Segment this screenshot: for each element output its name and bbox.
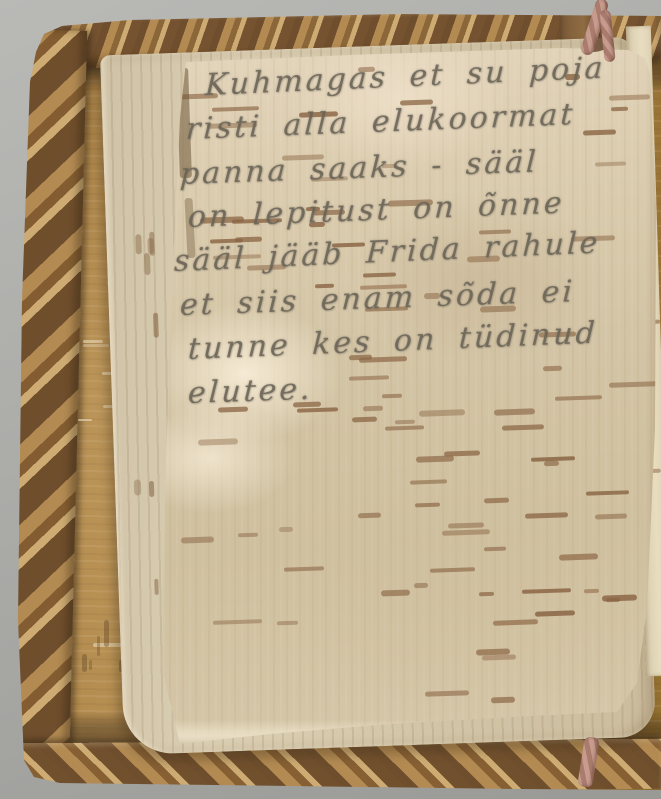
- binding-cord: [580, 2, 628, 66]
- handwriting-line: et siis enam sõda ei: [179, 274, 576, 323]
- bark-dash: [78, 419, 91, 422]
- handwriting-line: tunne kes on tüdinud: [187, 315, 598, 367]
- bark-dash: [83, 344, 108, 347]
- bark-dash: [144, 253, 150, 275]
- bark-dash: [148, 238, 154, 254]
- bark-dash: [153, 312, 158, 338]
- handwriting-line: on lepitust on õnne: [187, 185, 565, 235]
- handwriting-line: risti alla elukoormat: [185, 97, 576, 147]
- bark-dash: [134, 479, 141, 495]
- birch-bark-page: Kuhmagas et su pojaristi alla elukoormat…: [150, 28, 661, 750]
- handwriting-line: panna saaks - sääl: [179, 144, 539, 192]
- bark-dash: [149, 231, 154, 256]
- bark-dash: [83, 340, 103, 343]
- bark-dash: [89, 660, 93, 670]
- bark-dash: [82, 654, 87, 671]
- photo-birch-bark-notebook: Birch bark notebook with laced bark cove…: [0, 0, 661, 799]
- bark-dash: [104, 620, 109, 647]
- bark-dash: [149, 481, 155, 497]
- bark-dash: [154, 579, 159, 595]
- bark-dash: [136, 234, 143, 255]
- laced-edge-left: [3, 29, 87, 778]
- handwriting-line: elutee.: [187, 372, 314, 411]
- handwriting-text: Kuhmagas et su pojaristi alla elukoormat…: [150, 28, 661, 750]
- cord-strand: [599, 10, 615, 63]
- handwriting-line: sääl jääb Frida rahule: [173, 225, 601, 279]
- bark-dash: [97, 636, 100, 656]
